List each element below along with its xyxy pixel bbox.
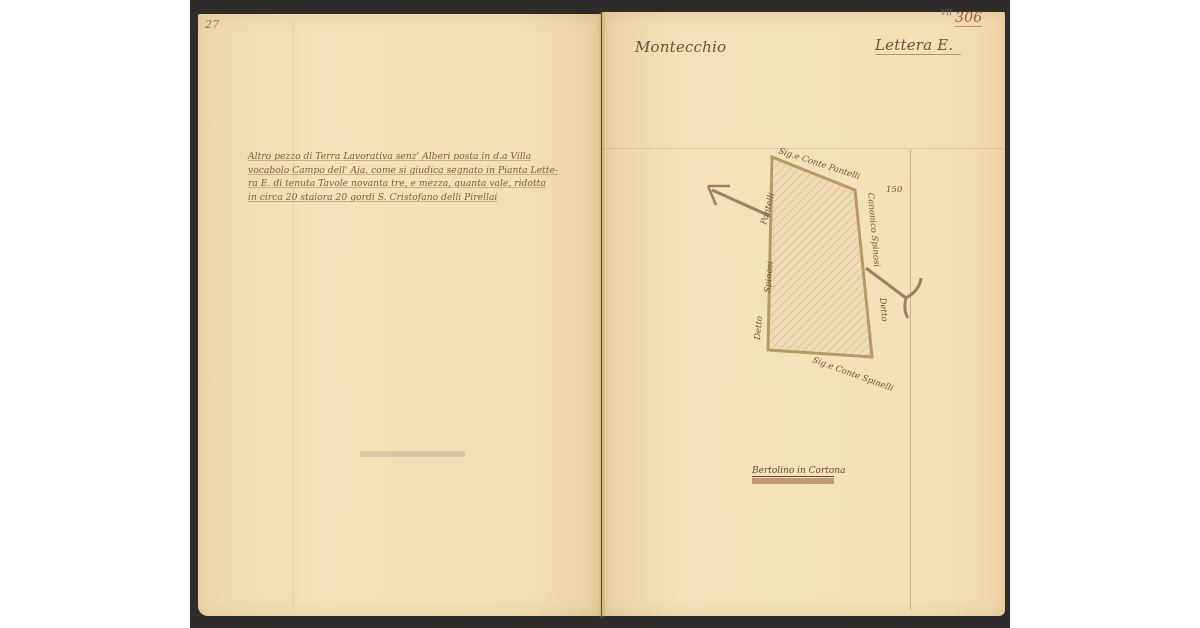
letter-heading: Lettera E. [875, 36, 961, 55]
map-label-right-lower: Detto [877, 296, 889, 322]
map-label-margin-note: 150 [886, 185, 903, 195]
description-line: ra E. di tenuta Tavole novanta tre, e me… [248, 177, 568, 191]
parcel-map: Sig.e Conte Pantelli Pantelli Spinosi De… [690, 130, 930, 390]
left-folio-number: 27 [205, 18, 219, 31]
parcel-polygon [768, 157, 872, 357]
description-line: Altro pezzo di Terra Lavorativa senz' Al… [248, 150, 568, 164]
parcel-description: Altro pezzo di Terra Lavorativa senz' Al… [248, 150, 568, 204]
map-caption: Bertolino in Cortona [752, 466, 834, 484]
folio-prefix: VII [941, 9, 952, 17]
right-folio-number: 306 [955, 10, 982, 27]
caption-underline-bar [752, 478, 834, 484]
place-heading: Montecchio [635, 38, 726, 56]
document-viewer: 27 Altro pezzo di Terra Lavorativa senz'… [0, 0, 1200, 628]
book-gutter [598, 12, 606, 618]
road-branch-right [866, 268, 921, 318]
map-label-bottom: Sig.e Conte Spinelli [811, 355, 895, 394]
left-page [198, 14, 601, 616]
left-page-crease [293, 20, 294, 610]
description-line: in circa 20 staiora 20 gordi S. Cristofa… [248, 191, 568, 205]
description-line: vocabolo Campo dell' Aja, come si giudic… [248, 164, 568, 178]
map-label-right-upper: Canonico Spinosi [865, 192, 881, 267]
caption-text: Bertolino in Cortona [752, 466, 834, 477]
map-label-left-bottom: Detto [753, 316, 765, 342]
faint-stamp-mark [360, 451, 465, 457]
